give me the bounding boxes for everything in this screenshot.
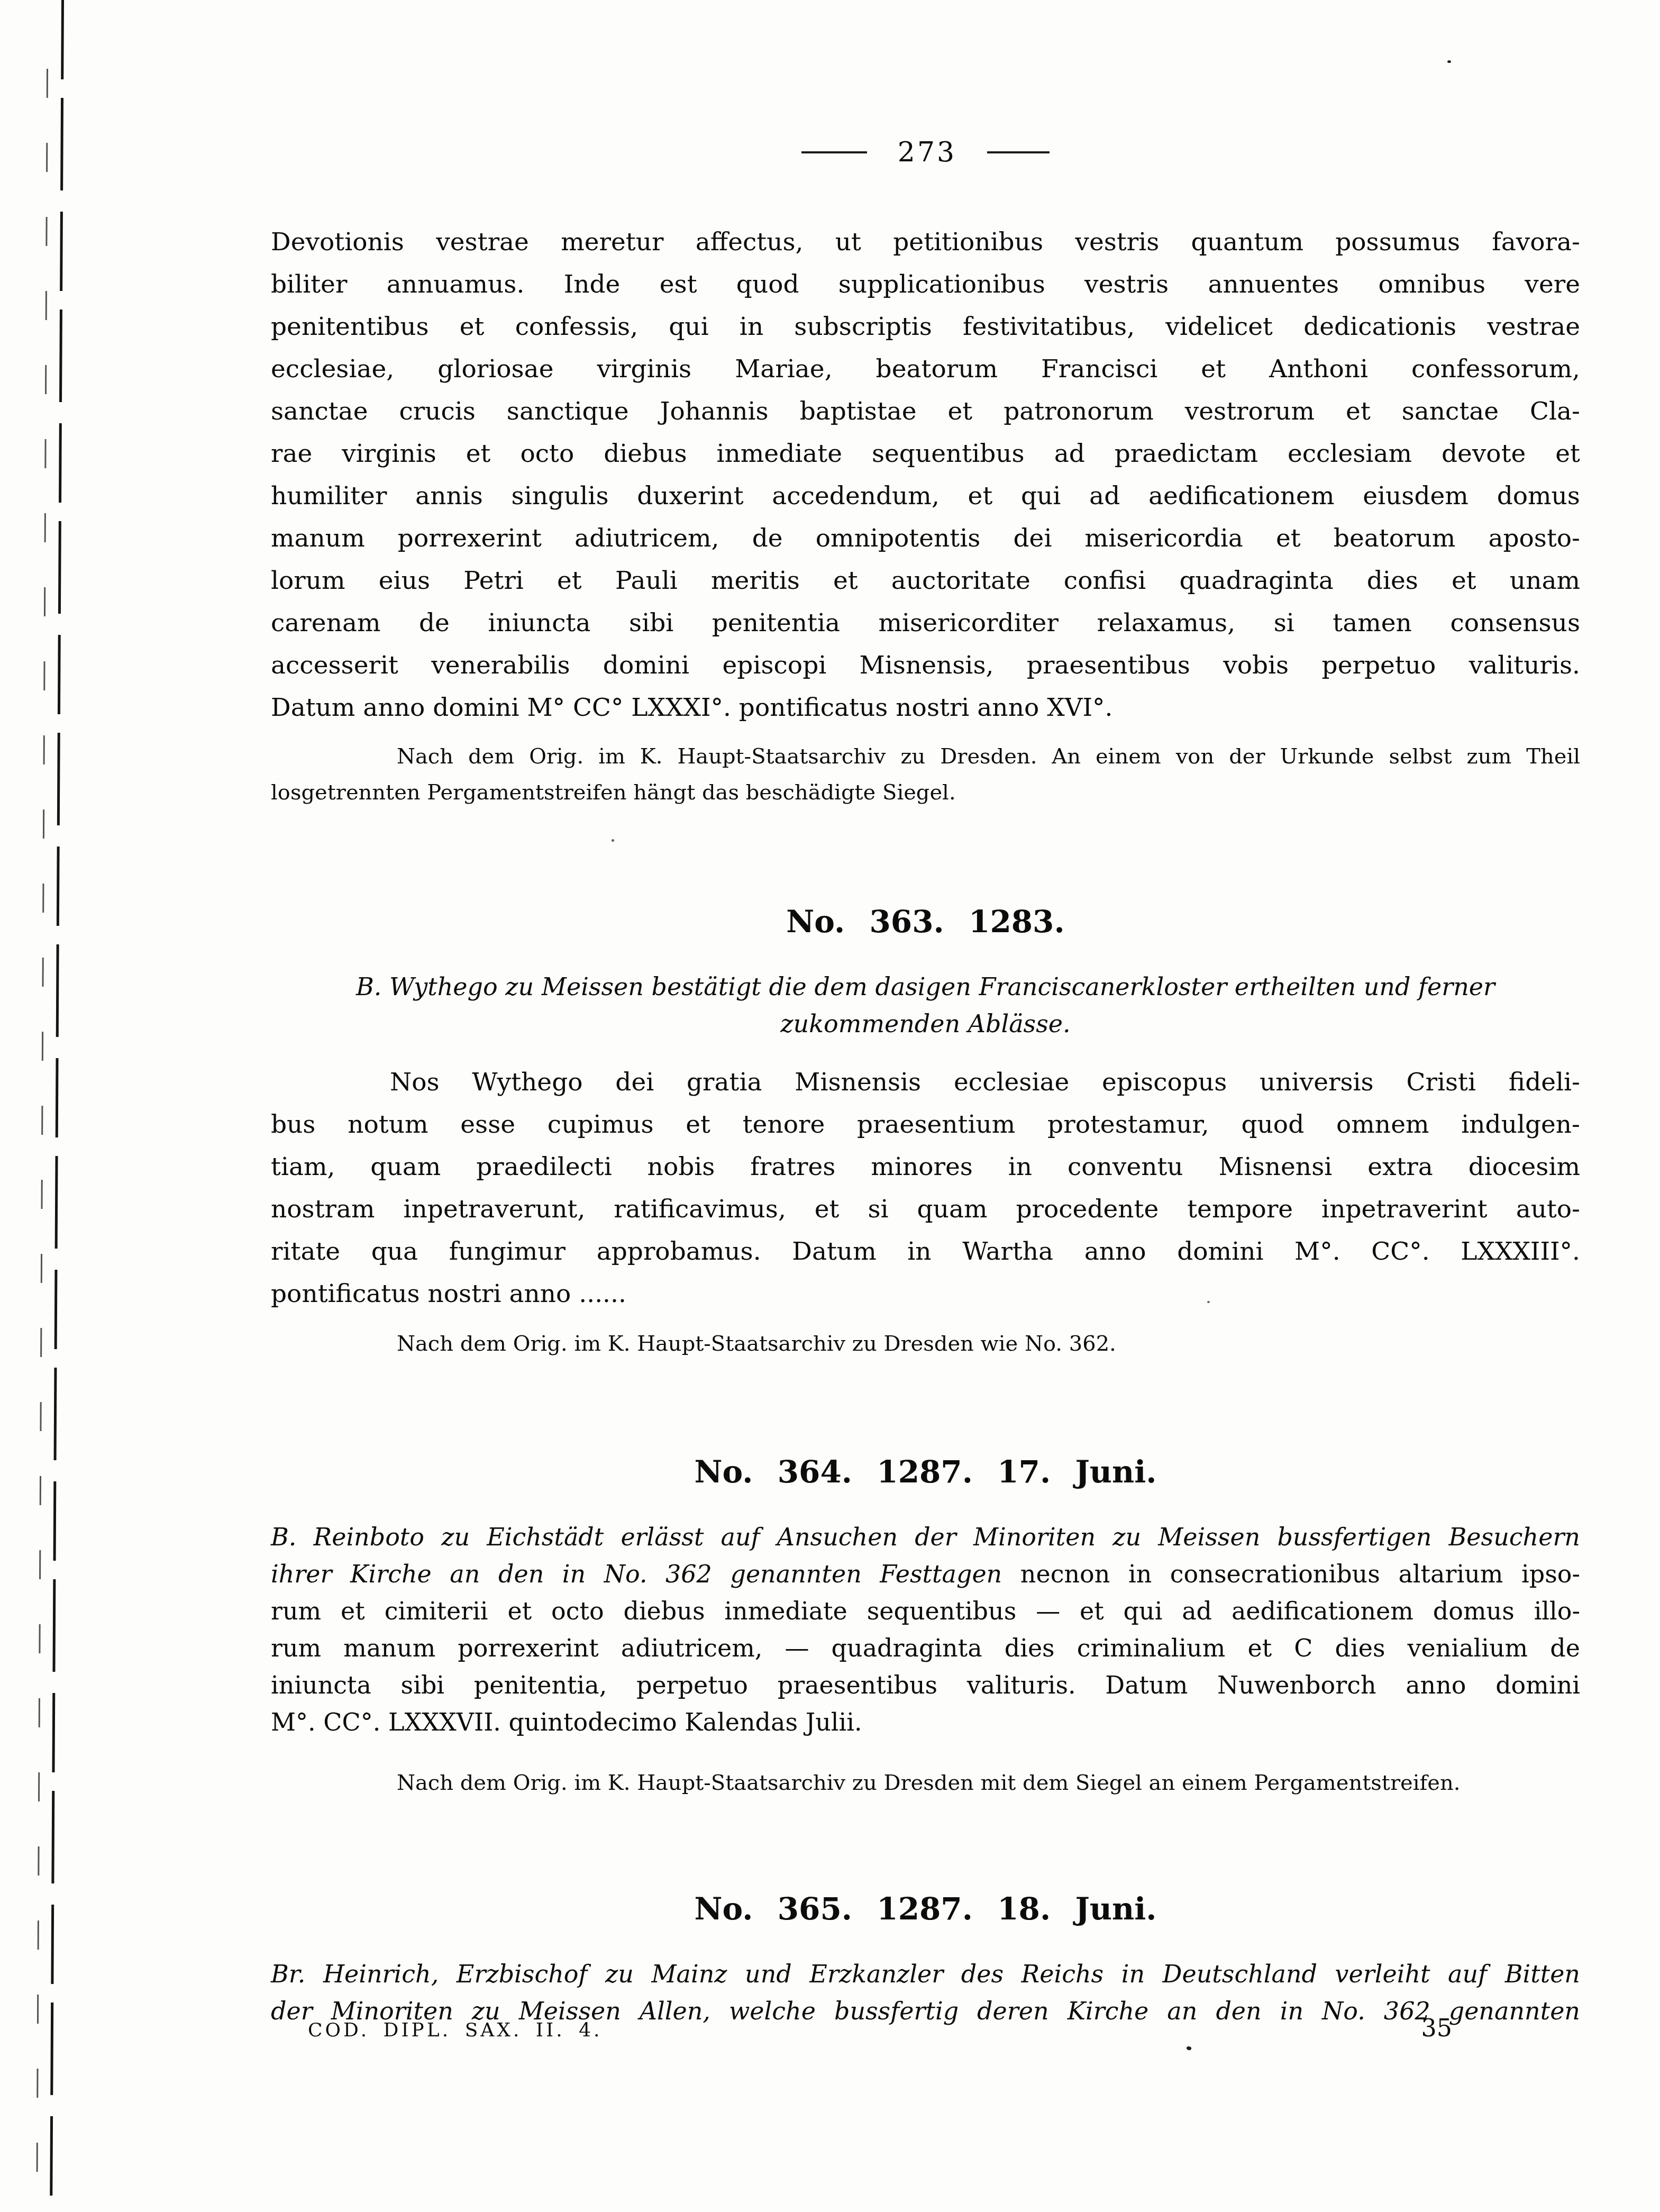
entry-heading: No. 365. 1287. 18. Juni. — [271, 1888, 1580, 1930]
latin-text-line: bus notum esse cupimus et tenore praesen… — [271, 1104, 1580, 1146]
entry-365: No. 365. 1287. 18. Juni. Br. Heinrich, E… — [271, 1888, 1580, 2029]
entry-summary: B. Reinboto zu Eichstädt erlässt auf Ans… — [271, 1518, 1580, 1741]
summary-line: M°. CC°. LXXXVII. quintodecimo Kalendas … — [271, 1704, 1580, 1741]
latin-text-line: biliter annuamus. Inde est quod supplica… — [271, 263, 1580, 306]
entry-summary: B. Wythego zu Meissen bestätigt die dem … — [271, 968, 1580, 1042]
text-column: 273 Devotionis vestrae meretur affectus,… — [271, 0, 1580, 2029]
page-sheet: 273 Devotionis vestrae meretur affectus,… — [0, 0, 1660, 2212]
header-rule-left — [801, 151, 867, 153]
source-note-line: Nach dem Orig. im K. Haupt-Staatsarchiv … — [271, 1326, 1580, 1362]
source-note-line: Nach dem Orig. im K. Haupt-Staatsarchiv … — [271, 739, 1580, 775]
page-footer: COD. DIPL. SAX. II. 4. 35 — [271, 2014, 1580, 2042]
latin-text-line: ritate qua fungimur approbamus. Datum in… — [271, 1231, 1580, 1273]
latin-text-line: Nos Wythego dei gratia Misnensis ecclesi… — [271, 1061, 1580, 1104]
footer-signature: COD. DIPL. SAX. II. 4. — [308, 2019, 602, 2041]
source-note: Nach dem Orig. im K. Haupt-Staatsarchiv … — [271, 1326, 1580, 1362]
entry-heading: No. 364. 1287. 17. Juni. — [271, 1451, 1580, 1493]
entry-362-continuation: Devotionis vestrae meretur affectus, ut … — [271, 221, 1580, 811]
entry-heading: No. 363. 1283. — [271, 900, 1580, 943]
summary-line: Br. Heinrich, Erzbischof zu Mainz und Er… — [271, 1955, 1580, 1992]
source-note-line: Nach dem Orig. im K. Haupt-Staatsarchiv … — [271, 1765, 1580, 1801]
entry-363: No. 363. 1283. B. Wythego zu Meissen bes… — [271, 900, 1580, 1362]
latin-text-line: Datum anno domini M° CC° LXXXI°. pontifi… — [271, 687, 1580, 729]
summary-roman-segment: necnon in consecrationibus altarium ipso… — [1002, 1560, 1580, 1588]
latin-text-line: sanctae crucis sanctique Johannis baptis… — [271, 390, 1580, 433]
summary-italic-segment: ihrer Kirche an den in No. 362 genannten… — [271, 1560, 1002, 1588]
entry-364: No. 364. 1287. 17. Juni. B. Reinboto zu … — [271, 1451, 1580, 1801]
latin-text-line: pontificatus nostri anno ...... — [271, 1273, 1580, 1315]
latin-text-line: tiam, quam praedilecti nobis fratres min… — [271, 1146, 1580, 1188]
scan-speck — [1186, 2045, 1192, 2051]
summary-line: B. Reinboto zu Eichstädt erlässt auf Ans… — [271, 1518, 1580, 1555]
latin-text-line: carenam de iniuncta sibi penitentia mise… — [271, 602, 1580, 644]
latin-text-line: Devotionis vestrae meretur affectus, ut … — [271, 221, 1580, 263]
latin-text-line: accesserit venerabilis domini episcopi M… — [271, 644, 1580, 687]
summary-line: B. Wythego zu Meissen bestätigt die dem … — [271, 968, 1580, 1005]
binding-fold-line — [50, 0, 64, 2212]
latin-text-block: Nos Wythego dei gratia Misnensis ecclesi… — [271, 1061, 1580, 1315]
latin-text-line: nostram inpetraverunt, ratificavimus, et… — [271, 1188, 1580, 1231]
latin-text-line: ecclesiae, gloriosae virginis Mariae, be… — [271, 348, 1580, 390]
latin-text-line: rae virginis et octo diebus inmediate se… — [271, 433, 1580, 475]
source-note-line: losgetrennten Pergamentstreifen hängt da… — [271, 775, 1580, 811]
sheet-number: 35 — [1421, 2014, 1452, 2042]
header-rule-right — [987, 151, 1050, 153]
source-note: Nach dem Orig. im K. Haupt-Staatsarchiv … — [271, 1765, 1580, 1801]
summary-line: rum et cimiterii et octo diebus inmediat… — [271, 1592, 1580, 1630]
summary-line: zukommenden Ablässe. — [271, 1005, 1580, 1042]
summary-line: rum manum porrexerint adiutricem, — quad… — [271, 1630, 1580, 1667]
latin-text-line: lorum eius Petri et Pauli meritis et auc… — [271, 560, 1580, 602]
latin-text-line: manum porrexerint adiutricem, de omnipot… — [271, 517, 1580, 560]
latin-text-line: humiliter annis singulis duxerint accede… — [271, 475, 1580, 517]
page-header: 273 — [271, 133, 1580, 171]
latin-text-line: penitentibus et confessis, qui in subscr… — [271, 306, 1580, 348]
summary-line: iniuncta sibi penitentia, perpetuo praes… — [271, 1667, 1580, 1704]
source-note: Nach dem Orig. im K. Haupt-Staatsarchiv … — [271, 739, 1580, 811]
latin-text-block: Devotionis vestrae meretur affectus, ut … — [271, 221, 1580, 729]
page-number: 273 — [898, 136, 956, 168]
binding-fold-line — [36, 69, 48, 2212]
summary-line: ihrer Kirche an den in No. 362 genannten… — [271, 1555, 1580, 1592]
